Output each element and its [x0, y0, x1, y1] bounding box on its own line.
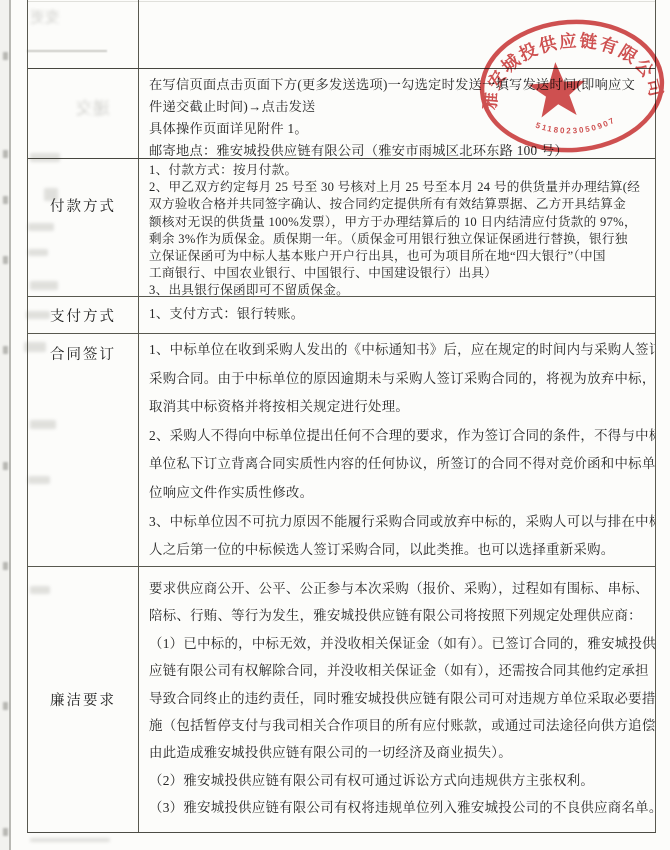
content-cell: 1、中标单位在收到采购人发出的《中标通知书》后，应在规定的时间内与采购人签订 采…: [139, 334, 655, 566]
scan-artifact: [3, 462, 8, 470]
text-line: 3、中标单位因不可抗力原因不能履行采购合同或放弃中标的，采购人可以与排在中标: [149, 508, 647, 537]
text-line: 取消其中标资格并将按相关规定进行处理。: [149, 393, 647, 422]
text-line: 人之后第一位的中标候选人签订采购合同，以此类推。也可以选择重新采购。: [149, 536, 647, 565]
text-line: 1、支付方式：银行转账。: [149, 303, 647, 325]
page-edge-shadow: [0, 0, 11, 850]
text-line: （2）雅安城投供应链有限公司有权可通过诉讼方式向违规供方主张权利。: [149, 767, 647, 794]
text-line: 位响应文件作实质性修改。: [149, 479, 647, 508]
content-cell: 1、付款方式：按月付款。 2、甲乙双方约定每月 25 号至 30 号核对上月 2…: [139, 159, 655, 296]
text-line: 2、甲乙双方约定每月 25 号至 30 号核对上月 25 号至本月 24 号的供…: [149, 179, 647, 196]
row-label-payment-method: 支付方式: [28, 297, 139, 333]
text-line: （3）雅安城投供应链有限公司有权将违规单位列入雅安城投公司的不良供应商名单。: [149, 794, 647, 821]
text-line: 2、采购人不得向中标单位提出任何不合理的要求，作为签订合同的条件，不得与中标: [149, 422, 647, 451]
table-row: 合同签订 1、中标单位在收到采购人发出的《中标通知书》后，应在规定的时间内与采购…: [28, 333, 655, 566]
text-line: 3、出具银行保函即可不留质保金。: [149, 282, 647, 296]
text-line: 应链有限公司有权解除合同，并没收相关保证金（如有），还需按合同其他约定承担: [149, 657, 647, 684]
text-line: 额核对无误的供货量 100%发票），甲方于办理结算后的 10 日内结清应付货款的…: [149, 214, 647, 231]
row-label: [28, 69, 139, 158]
text-line: 由此造成雅安城投供应链有限公司的一切经济及商业损失）。: [149, 739, 647, 766]
bleedthrough-mark: [30, 838, 110, 842]
scan-artifact: [3, 256, 8, 264]
text-line: 陪标、行贿、等行为发生，雅安城投供应链有限公司将按照下列规定处理供应商：: [149, 602, 647, 629]
text-line: 剩余 3%作为质保金。质保期一年。（质保金可用银行独立保证保函进行替换，银行独: [149, 231, 647, 248]
scan-artifact: [3, 828, 8, 836]
text-line: 双方验收合格并共同签字确认、按合同约定提供所有有效结算票据、乙方开具结算金: [149, 196, 647, 213]
content-cell: 要求供应商公开、公平、公正参与本次采购（报价、采购），过程如有围标、串标、 陪标…: [139, 567, 655, 832]
table-row: 支付方式 1、支付方式：银行转账。: [28, 296, 655, 333]
text-line: 采购合同。由于中标单位的原因逾期未与采购人签订采购合同的，将视为放弃中标，: [149, 365, 647, 394]
scan-artifact: [3, 702, 8, 710]
scan-artifact: [3, 196, 8, 204]
text-line: 单位私下订立背离合同实质性内容的任何协议，所签订的合同不得对竞价函和中标单: [149, 450, 647, 479]
text-line: 要求供应商公开、公平、公正参与本次采购（报价、采购），过程如有围标、串标、: [149, 575, 647, 602]
row-label-payment-terms: 付款方式: [28, 159, 139, 296]
row-label: [28, 0, 139, 68]
text-line: 1、中标单位在收到采购人发出的《中标通知书》后，应在规定的时间内与采购人签订: [149, 336, 647, 365]
scan-artifact: [3, 52, 8, 60]
text-line: 立保证保函可为中标人基本账户开户行出具，也可为项目所在地“四大银行”（中国: [149, 248, 647, 265]
seal-serial-number: 5118023050907: [534, 115, 618, 138]
text-line: （1）已中标的，中标无效，并没收相关保证金（如有）。已签订合同的，雅安城投供: [149, 630, 647, 657]
row-label-contract-signing: 合同签订: [28, 334, 139, 566]
row-label-integrity: 廉洁要求: [28, 567, 139, 832]
text-line: 工商银行、中国农业银行、中国银行、中国建设银行）出具）: [149, 265, 647, 282]
table-row: 廉洁要求 要求供应商公开、公平、公正参与本次采购（报价、采购），过程如有围标、串…: [28, 566, 655, 832]
content-cell: 1、支付方式：银行转账。: [139, 297, 655, 333]
scan-artifact: [3, 150, 8, 158]
company-seal: 雅安城投供应链有限公司 5118023050907: [455, 0, 670, 170]
scan-artifact: [3, 346, 8, 354]
scanned-document-page: { "stamp": { "company": "雅安城投供应链有限公司", "…: [0, 0, 670, 850]
star-icon: [527, 60, 588, 118]
text-line: 导致合同终止的违约责任，同时雅安城投供应链有限公司可对违规方单位采取必要措: [149, 685, 647, 712]
table-row: 付款方式 1、付款方式：按月付款。 2、甲乙双方约定每月 25 号至 30 号核…: [28, 158, 655, 296]
text-line: 施（包括暂停支付与我司相关合作项目的所有应付账款，或通过司法途径向供方追偿: [149, 712, 647, 739]
scan-artifact: [3, 562, 8, 570]
